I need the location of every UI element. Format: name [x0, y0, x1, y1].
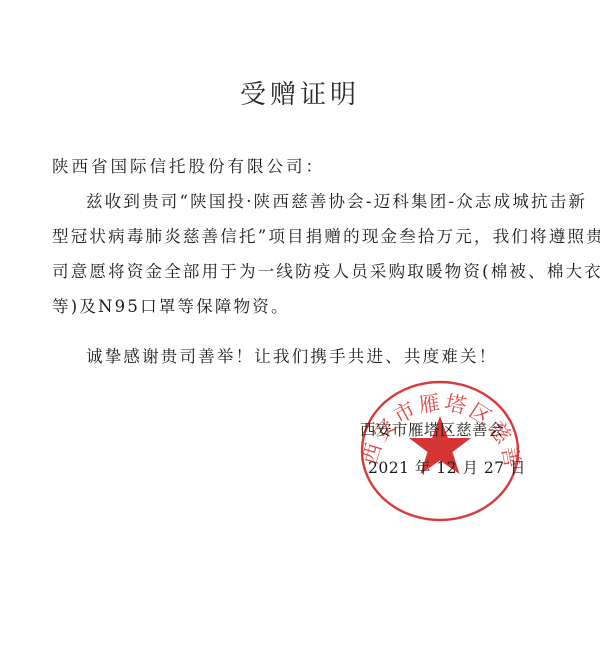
signature-date: 2021 年 12 月 27 日 [368, 456, 526, 478]
signature-organization: 西安市雁塔区慈善会 [360, 418, 504, 440]
thanks-line: 诚挚感谢贵司善举！让我们携手共进、共度难关！ [86, 343, 497, 367]
recipient-line: 陕西省国际信托股份有限公司： [52, 153, 325, 177]
body-line-4: 等)及N95口罩等保障物资。 [52, 293, 290, 317]
official-seal: 西安市雁塔区慈善会 [355, 378, 525, 526]
body-line-2: 型冠状病毒肺炎慈善信托”项目捐赠的现金叁拾万元，我们将遵照贵 [52, 223, 600, 247]
body-line-3: 司意愿将资金全部用于为一线防疫人员采购取暖物资(棉被、棉大衣 [52, 258, 600, 282]
document-title: 受赠证明 [0, 74, 600, 111]
body-line-1: 兹收到贵司“陕国投·陕西慈善协会-迈科集团-众志成城抗击新 [86, 188, 587, 212]
